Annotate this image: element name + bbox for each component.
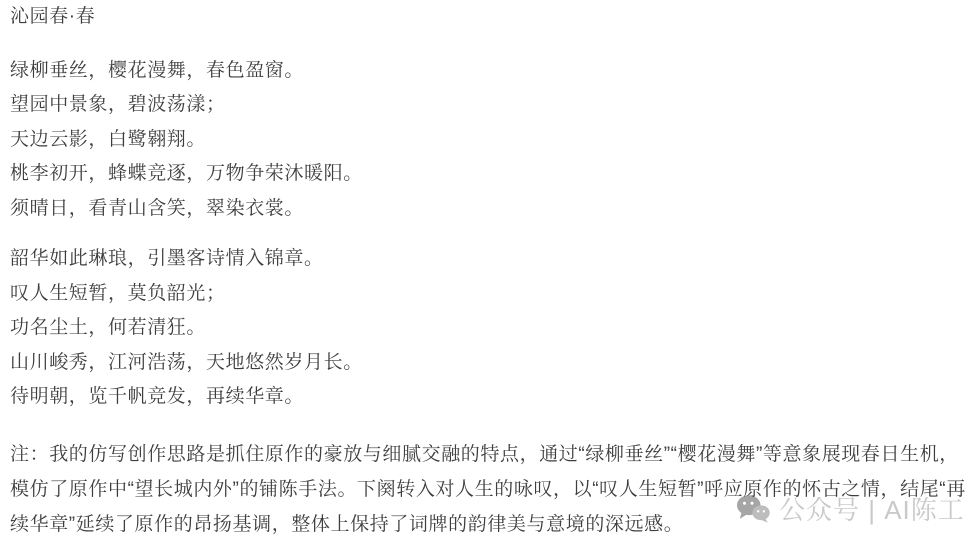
poem-line: 望园中景象，碧波荡漾；	[10, 88, 975, 123]
poem-line: 须晴日，看青山含笑，翠染衣裳。	[10, 192, 975, 227]
poem-line: 桃李初开，蜂蝶竞逐，万物争荣沐暖阳。	[10, 157, 975, 192]
poem-line: 待明朝，览千帆竞发，再续华章。	[10, 380, 975, 415]
poem-line: 韶华如此琳琅，引墨客诗情入锦章。	[10, 242, 975, 277]
poem-line: 山川峻秀，江河浩荡，天地悠然岁月长。	[10, 346, 975, 381]
poem-stanza-1: 绿柳垂丝，樱花漫舞，春色盈窗。 望园中景象，碧波荡漾； 天边云影，白鹭翱翔。 桃…	[10, 54, 975, 227]
poem-title: 沁园春·春	[10, 0, 975, 35]
poem-line: 绿柳垂丝，樱花漫舞，春色盈窗。	[10, 54, 975, 89]
author-note: 注：我的仿写创作思路是抓住原作的豪放与细腻交融的特点，通过“绿柳垂丝”“樱花漫舞…	[10, 437, 975, 541]
poem-line: 功名尘土，何若清狂。	[10, 311, 975, 346]
document-body: 沁园春·春 绿柳垂丝，樱花漫舞，春色盈窗。 望园中景象，碧波荡漾； 天边云影，白…	[0, 0, 975, 541]
poem-line: 天边云影，白鹭翱翔。	[10, 123, 975, 158]
poem-stanza-2: 韶华如此琳琅，引墨客诗情入锦章。 叹人生短暂，莫负韶光； 功名尘土，何若清狂。 …	[10, 242, 975, 415]
poem-line: 叹人生短暂，莫负韶光；	[10, 277, 975, 312]
page: { "poem": { "title": "沁园春·春", "stanza1":…	[0, 0, 975, 541]
